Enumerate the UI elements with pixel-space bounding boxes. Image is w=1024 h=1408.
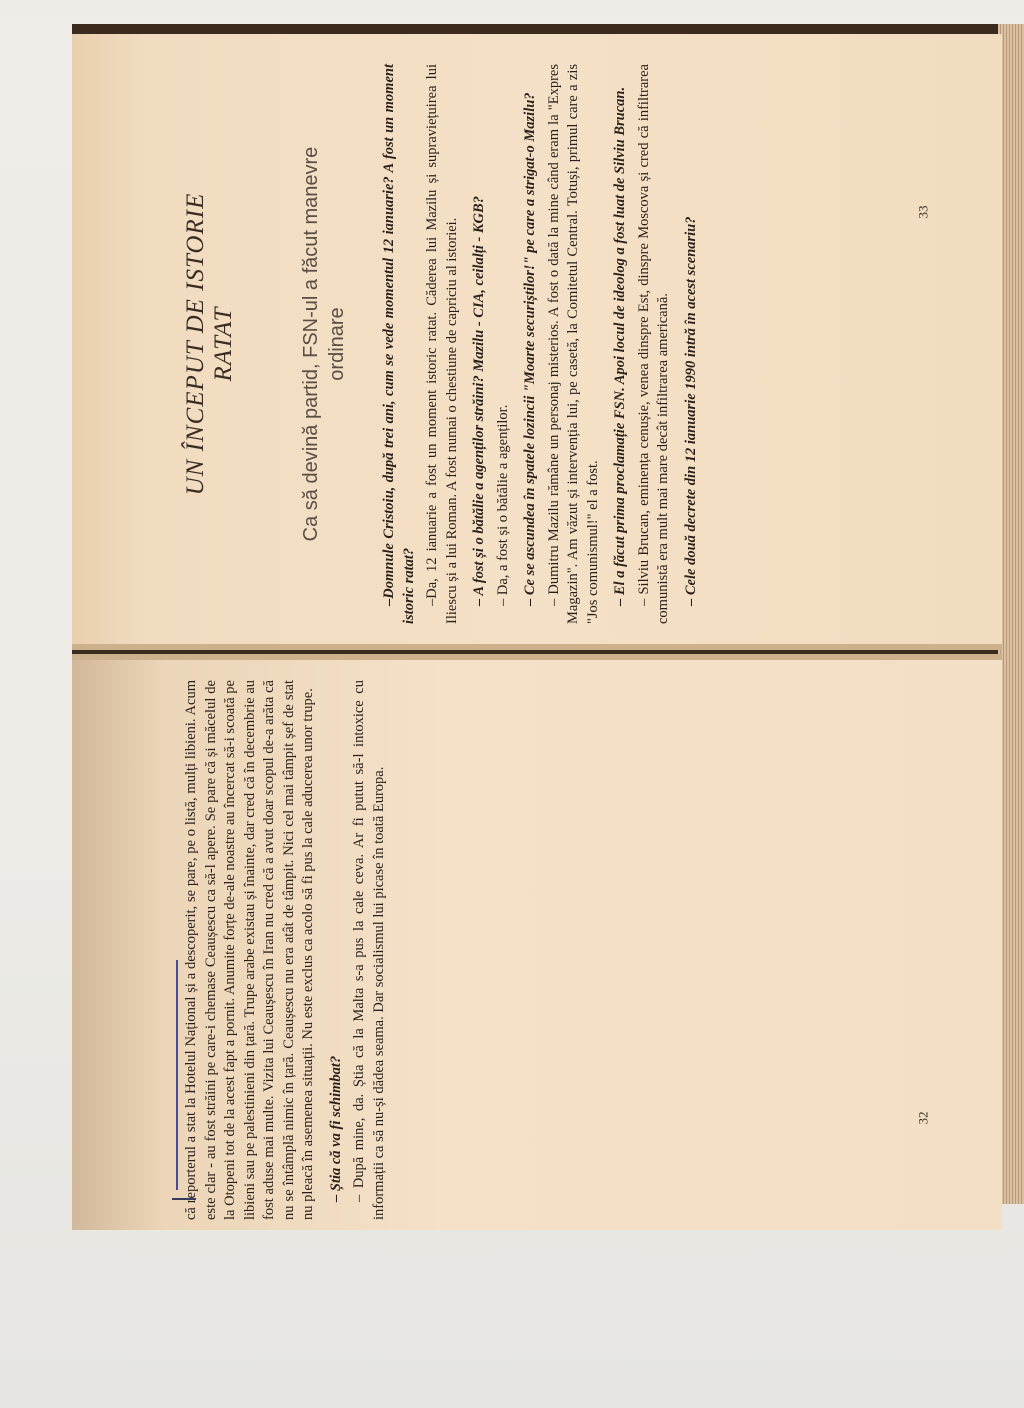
page-number-32: 32 xyxy=(916,1112,932,1125)
pen-margin-mark xyxy=(176,960,178,1190)
interview-question: – A fost și o bătălie a agenților străin… xyxy=(470,64,490,624)
page-32-content: că reporterul a stat la Hotelul Național… xyxy=(182,680,1002,1220)
interview-paragraph: – După mine, da. Știa că la Malta s-a pu… xyxy=(350,680,389,1220)
open-book: UN ÎNCEPUT DE ISTORIE RATAT Ca să devină… xyxy=(72,24,1024,1204)
chapter-title: UN ÎNCEPUT DE ISTORIE RATAT xyxy=(182,64,238,624)
subtitle-line-2: ordinare xyxy=(324,64,350,624)
interview-paragraph: – Da, a fost și o bătălie a agenților. xyxy=(494,64,514,624)
interview-question: – Știa că va fi schimbat? xyxy=(327,680,347,1220)
chapter-title-line-1: UN ÎNCEPUT DE ISTORIE xyxy=(182,64,210,624)
interview-question: – El a făcut prima proclamație FSN. Apoi… xyxy=(611,64,631,624)
page-33-body: –Domnule Cristoiu, după trei ani, cum se… xyxy=(380,64,701,624)
interview-question: – Cele două decrete din 12 ianuarie 1990… xyxy=(682,64,702,624)
interview-paragraph: –Da, 12 ianuarie a fost un moment istori… xyxy=(423,64,462,624)
chapter-title-line-2: RATAT xyxy=(210,64,238,624)
interview-question: –Domnule Cristoiu, după trei ani, cum se… xyxy=(380,64,419,624)
interview-paragraph: – Dumitru Mazilu rămâne un personaj mist… xyxy=(545,64,604,624)
page-33-content: UN ÎNCEPUT DE ISTORIE RATAT Ca să devină… xyxy=(172,64,992,624)
page-number-33: 33 xyxy=(916,206,932,219)
subtitle-line-1: Ca să devină partid, FSN-ul a făcut mane… xyxy=(298,64,324,624)
page-32-body: că reporterul a stat la Hotelul Național… xyxy=(182,680,389,1220)
interview-question: – Ce se ascundea în spatele lozincii "Mo… xyxy=(521,64,541,624)
interview-paragraph: că reporterul a stat la Hotelul Național… xyxy=(182,680,319,1220)
page-32: că reporterul a stat la Hotelul Național… xyxy=(72,654,1002,1230)
interview-paragraph: – Silviu Brucan, eminența cenușie, venea… xyxy=(635,64,674,624)
page-33: UN ÎNCEPUT DE ISTORIE RATAT Ca să devină… xyxy=(72,34,1002,650)
chapter-subtitle: Ca să devină partid, FSN-ul a făcut mane… xyxy=(298,64,350,624)
pen-bracket-mark xyxy=(172,1190,196,1200)
scanner-margin xyxy=(0,0,1024,20)
